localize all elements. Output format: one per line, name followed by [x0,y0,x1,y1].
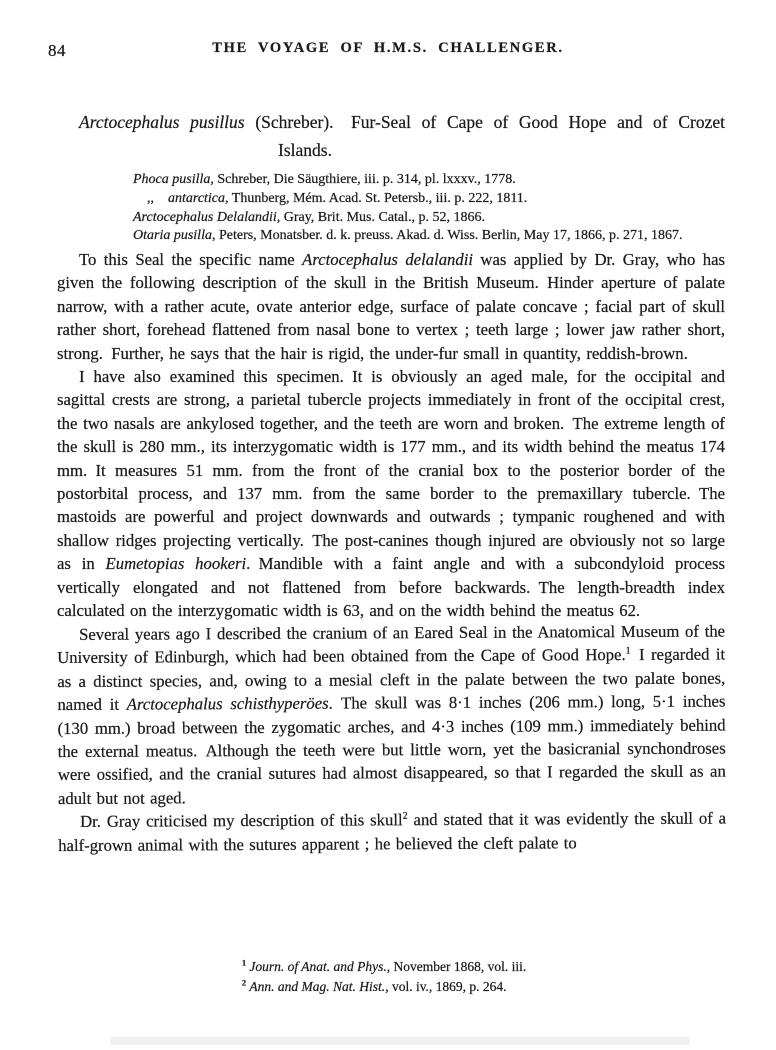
body-lower-block: Several years ago I described the craniu… [57,619,726,857]
horizontal-scrollbar-thumb[interactable] [110,1037,690,1045]
species-heading: Arctocephalus pusillus (Schreber). Fur-S… [57,108,725,164]
synonymy-entry-3: Arctocephalus Delalandii, Gray, Brit. Mu… [133,209,753,228]
body-paragraph-1: To this Seal the specific name Arctoceph… [57,248,725,365]
synonymy-entry-2: ,, antarctica, Thunberg, Mém. Acad. St. … [133,190,753,209]
synonymy-entry-4: Otaria pusilla, Peters, Monatsber. d. k.… [133,227,753,246]
page-body: To this Seal the specific name Arctoceph… [57,248,725,857]
synonymy-entry-1: Phoca pusilla, Schreber, Die Säugthiere,… [133,171,753,190]
body-paragraph-3: Several years ago I described the craniu… [57,619,726,810]
footnote-2: 2 Ann. and Mag. Nat. Hist., vol. iv., 18… [242,977,526,997]
footnote-1: 1 Journ. of Anat. and Phys., November 18… [242,957,526,977]
book-page: 84 THE VOYAGE OF H.M.S. CHALLENGER. Arct… [0,0,776,1050]
running-title: THE VOYAGE OF H.M.S. CHALLENGER. [0,40,776,57]
body-paragraph-2: I have also examined this specimen. It i… [57,365,725,622]
species-heading-line2: Islands. [278,136,725,164]
page-header: 84 THE VOYAGE OF H.M.S. CHALLENGER. [0,40,776,62]
species-heading-line1: Arctocephalus pusillus (Schreber). Fur-S… [57,108,725,136]
page-number: 84 [48,41,66,61]
body-paragraph-4: Dr. Gray criticised my description of th… [58,806,726,856]
synonymy-list: Phoca pusilla, Schreber, Die Säugthiere,… [133,171,753,246]
footnotes: 1 Journ. of Anat. and Phys., November 18… [242,957,526,996]
